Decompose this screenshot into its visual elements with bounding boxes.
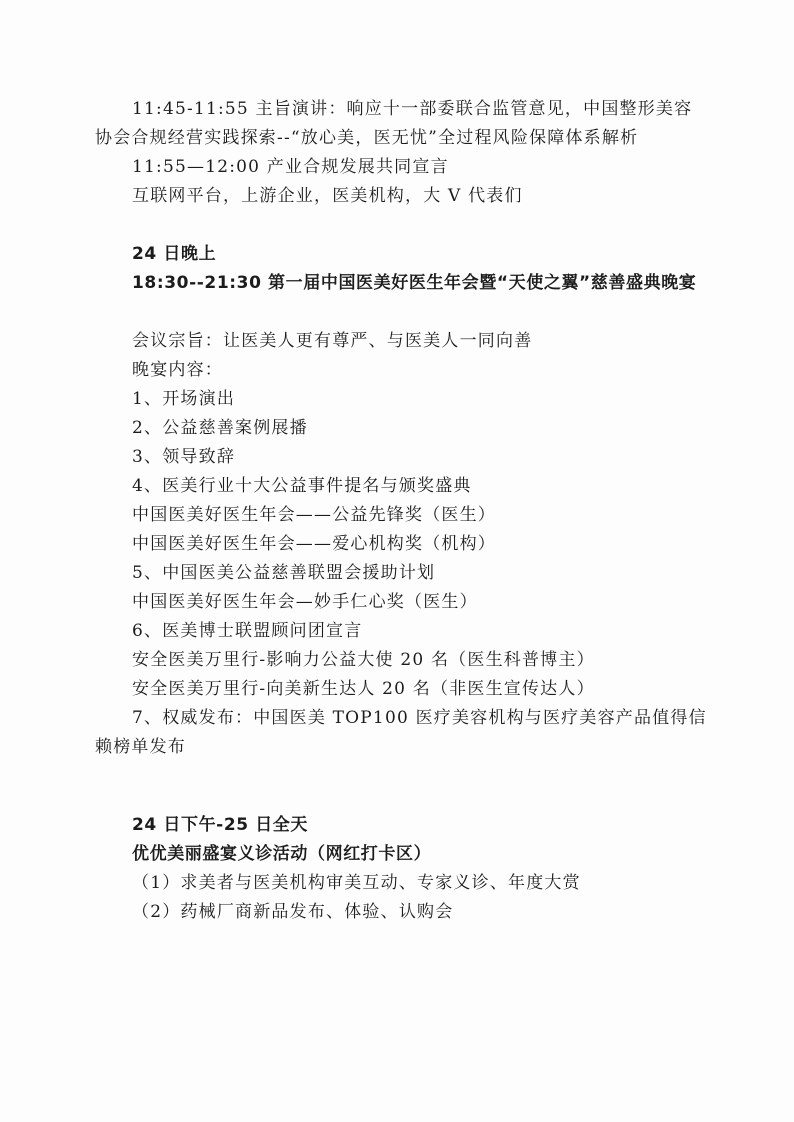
declaration-time: 11:55—12:00 产业合规发展共同宣言 <box>95 153 707 182</box>
gala-item: 4、医美行业十大公益事件提名与颁奖盛典 <box>95 472 707 501</box>
fullday-item: （1）求美者与医美机构审美互动、专家义诊、年度大赏 <box>95 869 707 898</box>
gala-item: 3、领导致辞 <box>95 443 707 472</box>
spacer <box>95 791 707 811</box>
fullday-title: 优优美丽盛宴义诊活动（网红打卡区） <box>95 840 707 869</box>
gala-item: 中国医美好医生年会——公益先锋奖（医生） <box>95 501 707 530</box>
gala-item: 中国医美好医生年会——爱心机构奖（机构） <box>95 530 707 559</box>
gala-item: 6、医美博士联盟顾问团宣言 <box>95 617 707 646</box>
declaration-participants: 互联网平台，上游企业，医美机构，大 V 代表们 <box>95 182 707 211</box>
keynote-text: 11:45-11:55 主旨演讲：响应十一部委联合监管意见，中国整形美容协会合规… <box>95 95 707 153</box>
spacer <box>95 762 707 791</box>
gala-item: 安全医美万里行-影响力公益大使 20 名（医生科普博主） <box>95 646 707 675</box>
gala-item: 2、公益慈善案例展播 <box>95 414 707 443</box>
spacer <box>95 211 707 240</box>
fullday-heading: 24 日下午-25 日全天 <box>95 811 707 840</box>
gala-item: 1、开场演出 <box>95 385 707 414</box>
gala-title: 18:30--21:30 第一届中国医美好医生年会暨“天使之翼”慈善盛典晚宴 <box>95 269 707 327</box>
gala-purpose: 会议宗旨：让医美人更有尊严、与医美人一同向善 <box>95 327 707 356</box>
gala-item: 安全医美万里行-向美新生达人 20 名（非医生宣传达人） <box>95 675 707 704</box>
gala-item: 中国医美好医生年会—妙手仁心奖（医生） <box>95 588 707 617</box>
evening-heading: 24 日晚上 <box>95 240 707 269</box>
gala-content-label: 晚宴内容： <box>95 356 707 385</box>
gala-item-7: 7、权威发布：中国医美 TOP100 医疗美容机构与医疗美容产品值得信赖榜单发布 <box>95 704 707 762</box>
document-page: 11:45-11:55 主旨演讲：响应十一部委联合监管意见，中国整形美容协会合规… <box>95 95 707 927</box>
fullday-item: （2）药械厂商新品发布、体验、认购会 <box>95 898 707 927</box>
gala-item: 5、中国医美公益慈善联盟会援助计划 <box>95 559 707 588</box>
